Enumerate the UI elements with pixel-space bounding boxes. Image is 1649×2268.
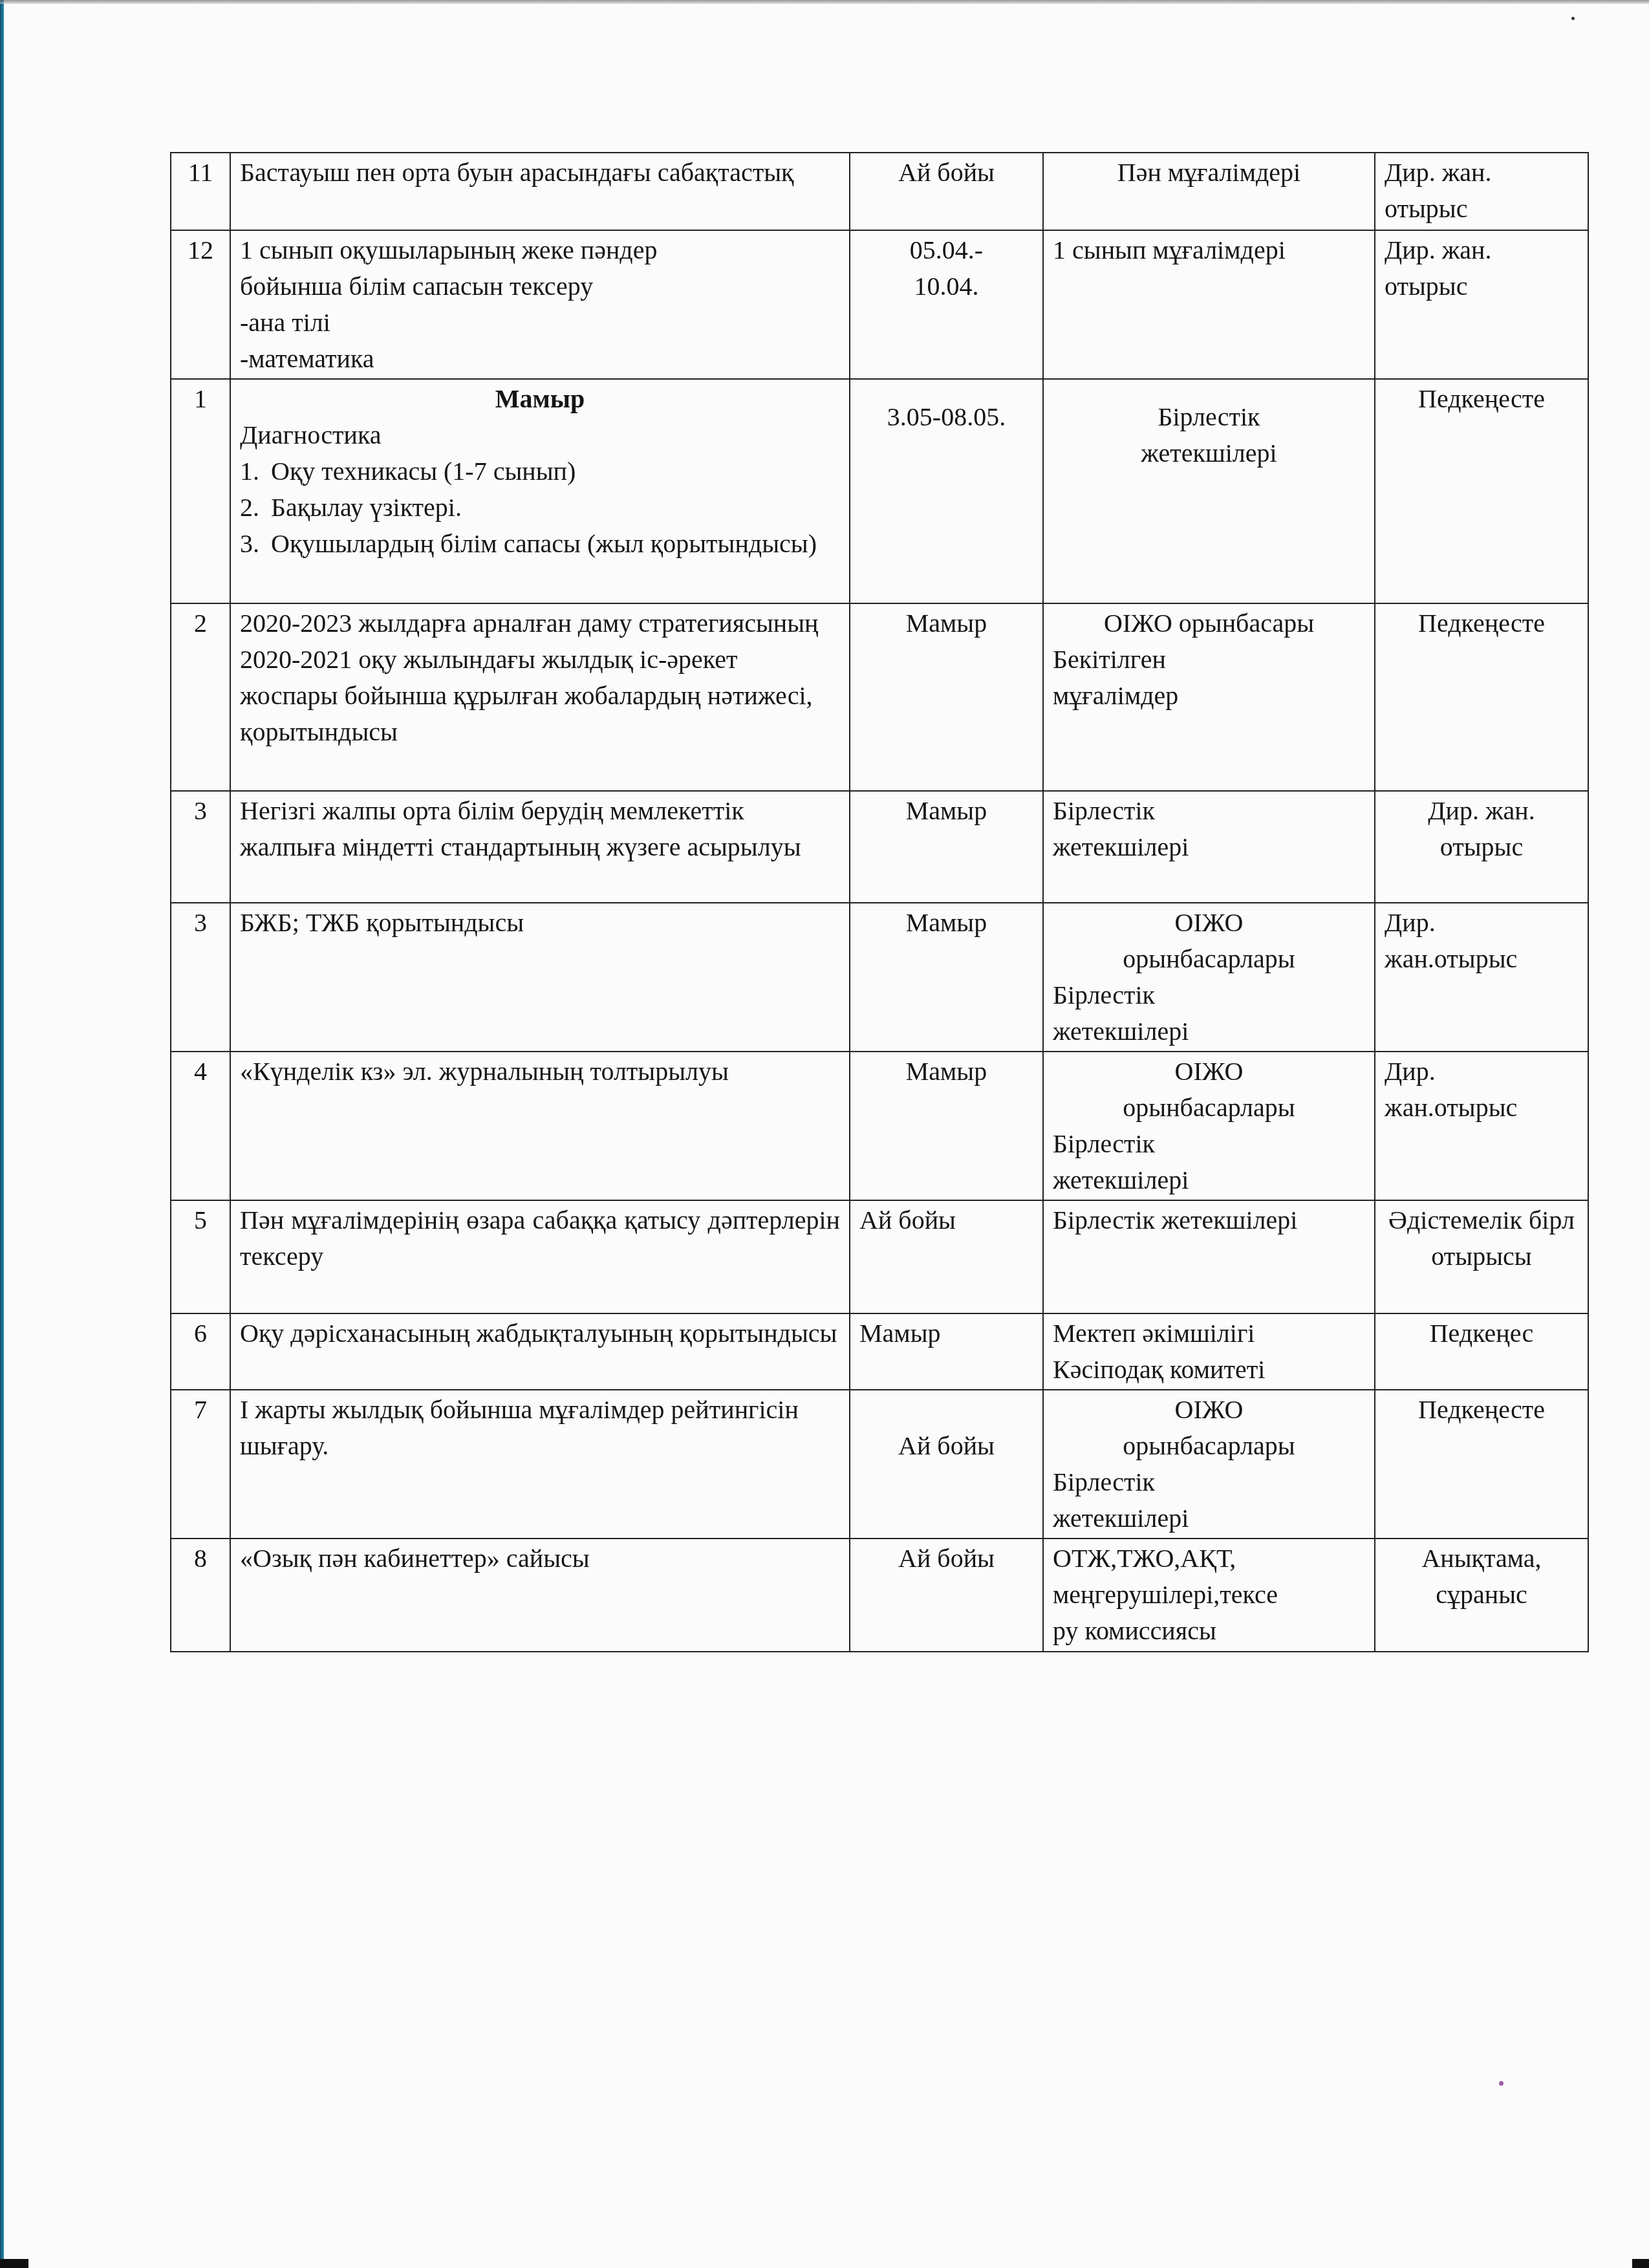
event-cell: 2020-2023 жылдарға арналған даму стратег… <box>230 603 850 791</box>
responsible-line: орынбасарлары <box>1053 1428 1365 1464</box>
scan-edge-left <box>0 0 4 2268</box>
table-row: 3 БЖБ; ТЖБ қорытындысы Мамыр ОІЖО орынба… <box>171 903 1588 1052</box>
date-cell: Мамыр <box>850 791 1043 903</box>
responsible-cell: ОІЖО орынбасарлары Бірлестік жетекшілері <box>1043 1390 1375 1539</box>
responsible-cell: ОТЖ,ТЖО,АҚТ, меңгерушілері,тексе ру коми… <box>1043 1539 1375 1652</box>
responsible-line: ОІЖО <box>1053 1392 1365 1428</box>
date-cell: Ай бойы <box>850 1539 1043 1652</box>
date-text: Ай бойы <box>859 1392 1033 1464</box>
responsible-line: орынбасарлары <box>1053 941 1365 977</box>
scan-corner-bottom-right <box>1632 2259 1649 2268</box>
responsible-line: жетекшілері <box>1053 829 1365 865</box>
form-line: Дир. <box>1385 905 1579 941</box>
event-cell: «Күнделік кз» эл. журналының толтырылуы <box>230 1052 850 1200</box>
table-row: 4 «Күнделік кз» эл. журналының толтырылу… <box>171 1052 1588 1200</box>
event-cell: «Озық пән кабинеттер» сайысы <box>230 1539 850 1652</box>
table-row: 5 Пән мұғалімдерінің өзара сабаққа қатыс… <box>171 1200 1588 1313</box>
month-heading: Мамыр <box>240 381 840 417</box>
form-cell: Анықтама, сұраныс <box>1375 1539 1588 1652</box>
responsible-line: Пән мұғалімдері <box>1053 155 1365 191</box>
responsible-cell: Мектеп әкімшілігі Кәсіподақ комитеті <box>1043 1313 1375 1390</box>
form-cell: Әдістемелік бірл отырысы <box>1375 1200 1588 1313</box>
responsible-cell: Бірлестік жетекшілері <box>1043 791 1375 903</box>
responsible-line: Бірлестік <box>1053 1464 1365 1500</box>
table-row: 1 Мамыр Диагностика Оқу техникасы (1-7 с… <box>171 379 1588 603</box>
diagnostics-list: Оқу техникасы (1-7 сынып) Бақылау үзікте… <box>240 453 840 562</box>
responsible-line: жетекшілері <box>1053 1162 1365 1198</box>
scan-corner-bottom-left <box>0 2259 28 2268</box>
event-intro: Диагностика <box>240 417 840 453</box>
event-line: бойынша білім сапасын тексеру <box>240 268 840 305</box>
form-cell: Дир. жан.отырыс <box>1375 1052 1588 1200</box>
row-number: 6 <box>171 1313 230 1390</box>
table-row: 8 «Озық пән кабинеттер» сайысы Ай бойы О… <box>171 1539 1588 1652</box>
form-cell: Педкеңес <box>1375 1313 1588 1390</box>
event-cell: БЖБ; ТЖБ қорытындысы <box>230 903 850 1052</box>
scan-edge-top <box>0 0 1649 4</box>
event-line: -математика <box>240 341 840 377</box>
form-cell: Дир. жан. отырыс <box>1375 230 1588 379</box>
form-cell: Педкеңесте <box>1375 603 1588 791</box>
list-item: Оқушылардың білім сапасы (жыл қорытындыс… <box>266 526 840 562</box>
date-cell: 3.05-08.05. <box>850 379 1043 603</box>
date-cell: Мамыр <box>850 603 1043 791</box>
responsible-line: жетекшілері <box>1053 1013 1365 1050</box>
row-number: 3 <box>171 791 230 903</box>
responsible-cell: Бірлестік жетекшілері <box>1043 379 1375 603</box>
event-cell: 1 сынып оқушыларының жеке пәндер бойынша… <box>230 230 850 379</box>
responsible-line: Бекітілген <box>1053 642 1365 678</box>
form-line: жан.отырыс <box>1385 1090 1579 1126</box>
event-cell: Пән мұғалімдерінің өзара сабаққа қатысу … <box>230 1200 850 1313</box>
responsible-line: ОІЖО <box>1053 1053 1365 1090</box>
row-number: 11 <box>171 153 230 230</box>
responsible-line: Кәсіподақ комитеті <box>1053 1352 1365 1388</box>
scan-speck <box>1499 2081 1503 2086</box>
table-row: 3 Негізгі жалпы орта білім берудің мемле… <box>171 791 1588 903</box>
row-number: 7 <box>171 1390 230 1539</box>
form-cell: Педкеңесте <box>1375 379 1588 603</box>
row-number: 3 <box>171 903 230 1052</box>
form-line: Дир. <box>1385 1053 1579 1090</box>
event-line: -ана тілі <box>240 305 840 341</box>
row-number: 2 <box>171 603 230 791</box>
responsible-line: ру комиссиясы <box>1053 1613 1365 1649</box>
event-cell: Негізгі жалпы орта білім берудің мемлеке… <box>230 791 850 903</box>
responsible-cell: ОІЖО орынбасарлары Бірлестік жетекшілері <box>1043 1052 1375 1200</box>
table-row: 7 І жарты жылдық бойынша мұғалімдер рейт… <box>171 1390 1588 1539</box>
date-cell: Ай бойы <box>850 153 1043 230</box>
list-item: Оқу техникасы (1-7 сынып) <box>266 453 840 490</box>
responsible-line: Бірлестік <box>1053 977 1365 1013</box>
form-line: жан.отырыс <box>1385 941 1579 977</box>
responsible-line: орынбасарлары <box>1053 1090 1365 1126</box>
event-cell: Оқу дәрісханасының жабдықталуының қорыты… <box>230 1313 850 1390</box>
event-cell: Бастауыш пен орта буын арасындағы сабақт… <box>230 153 850 230</box>
event-cell: І жарты жылдық бойынша мұғалімдер рейтин… <box>230 1390 850 1539</box>
responsible-line: ОТЖ,ТЖО,АҚТ, <box>1053 1540 1365 1577</box>
date-cell: Мамыр <box>850 903 1043 1052</box>
responsible-cell: ОІЖО орынбасары Бекітілген мұғалімдер <box>1043 603 1375 791</box>
list-item: Бақылау үзіктері. <box>266 490 840 526</box>
date-line: 10.04. <box>859 268 1033 305</box>
row-number: 8 <box>171 1539 230 1652</box>
date-text: 3.05-08.05. <box>859 381 1033 435</box>
responsible-line: Бірлестік жетекшілері <box>1053 1202 1365 1238</box>
responsible-line: жетекшілері <box>1053 435 1365 471</box>
responsible-line: 1 сынып мұғалімдері <box>1053 232 1365 268</box>
responsible-line: жетекшілері <box>1053 1500 1365 1537</box>
work-plan-table: 11 Бастауыш пен орта буын арасындағы саб… <box>170 152 1589 1652</box>
date-cell: 05.04.- 10.04. <box>850 230 1043 379</box>
form-cell: Дир. жан.отырыс <box>1375 903 1588 1052</box>
responsible-line: мұғалімдер <box>1053 678 1365 714</box>
form-cell: Педкеңесте <box>1375 1390 1588 1539</box>
event-line: 1 сынып оқушыларының жеке пәндер <box>240 232 840 268</box>
form-cell: Дир. жан. отырыс <box>1375 791 1588 903</box>
responsible-cell: Пән мұғалімдері <box>1043 153 1375 230</box>
responsible-line: ОІЖО <box>1053 905 1365 941</box>
date-cell: Ай бойы <box>850 1200 1043 1313</box>
responsible-line: меңгерушілері,тексе <box>1053 1577 1365 1613</box>
event-cell: Мамыр Диагностика Оқу техникасы (1-7 сын… <box>230 379 850 603</box>
scan-speck <box>1571 17 1575 20</box>
table-row: 6 Оқу дәрісханасының жабдықталуының қоры… <box>171 1313 1588 1390</box>
row-number: 12 <box>171 230 230 379</box>
date-line: 05.04.- <box>859 232 1033 268</box>
form-cell: Дир. жан. отырыс <box>1375 153 1588 230</box>
date-cell: Мамыр <box>850 1313 1043 1390</box>
responsible-cell: ОІЖО орынбасарлары Бірлестік жетекшілері <box>1043 903 1375 1052</box>
responsible-line: Бірлестік <box>1053 1126 1365 1162</box>
responsible-line: Бірлестік <box>1053 793 1365 829</box>
responsible-cell: 1 сынып мұғалімдері <box>1043 230 1375 379</box>
row-number: 1 <box>171 379 230 603</box>
responsible-line: Бірлестік <box>1053 381 1365 435</box>
row-number: 4 <box>171 1052 230 1200</box>
date-cell: Ай бойы <box>850 1390 1043 1539</box>
table-row: 11 Бастауыш пен орта буын арасындағы саб… <box>171 153 1588 230</box>
table-row: 2 2020-2023 жылдарға арналған даму страт… <box>171 603 1588 791</box>
responsible-line: Мектеп әкімшілігі <box>1053 1315 1365 1352</box>
row-number: 5 <box>171 1200 230 1313</box>
table-row: 12 1 сынып оқушыларының жеке пәндер бойы… <box>171 230 1588 379</box>
responsible-line: ОІЖО орынбасары <box>1053 605 1365 642</box>
date-cell: Мамыр <box>850 1052 1043 1200</box>
responsible-cell: Бірлестік жетекшілері <box>1043 1200 1375 1313</box>
